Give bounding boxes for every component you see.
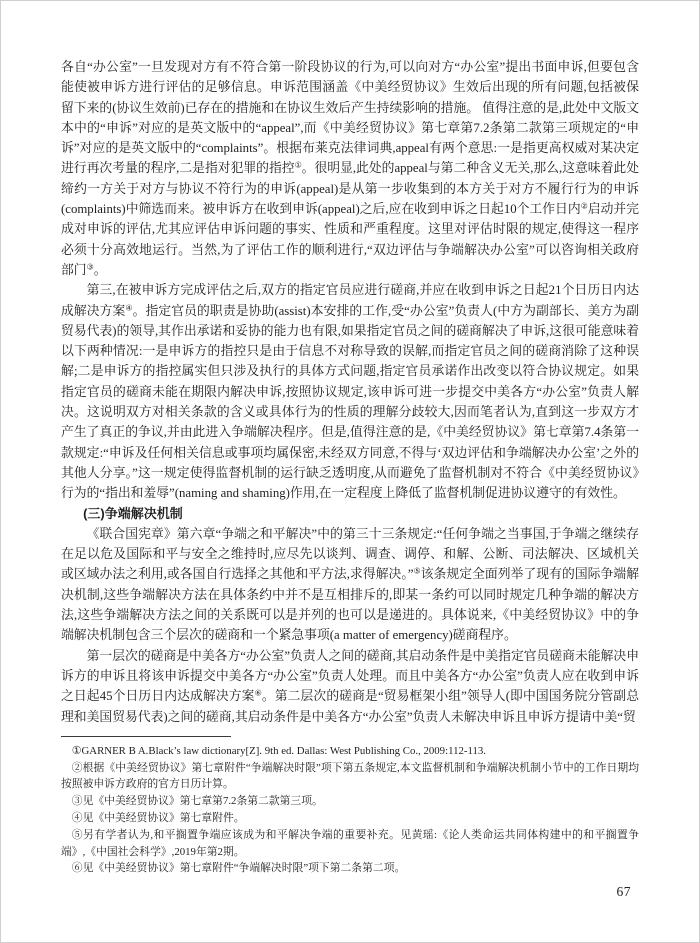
body-paragraph-1: 各自“办公室”一旦发现对方有不符合第一阶段协议的行为,可以向对方“办公室”提出书… [61,57,639,280]
footnote-6: ⑥见《中美经贸协议》第七章附件“争端解决时限”项下第二条第二项。 [61,860,639,877]
footnote-4: ④见《中美经贸协议》第七章附件。 [61,810,639,827]
body-paragraph-4: 第一层次的磋商是中美各方“办公室”负责人之间的磋商,其启动条件是中美指定官员磋商… [61,646,639,727]
body-paragraph-3: 《联合国宪章》第六章“争端之和平解决”中的第三十三条规定:“任何争端之当事国,于… [61,524,639,646]
footnote-2: ②根据《中美经贸协议》第七章附件“争端解决时限”项下第五条规定,本文监督机制和争… [61,760,639,794]
page-number: 67 [617,884,632,900]
article-body: 各自“办公室”一旦发现对方有不符合第一阶段协议的行为,可以向对方“办公室”提出书… [61,57,639,727]
section-heading: (三)争端解决机制 [61,504,639,524]
body-paragraph-2: 第三,在被申诉方完成评估之后,双方的指定官员应进行磋商,并应在收到申诉之日起21… [61,280,639,503]
footnote-5: ⑤另有学者认为,和平搁置争端应该成为和平解决争端的重要补充。见黄瑶:《论人类命运… [61,827,639,861]
footnote-3: ③见《中美经贸协议》第七章第7.2条第二款第三项。 [61,793,639,810]
footnote-separator [61,736,231,737]
footnote-1: ①GARNER B A.Black’s law dictionary[Z]. 9… [61,743,639,760]
footnotes-section: ①GARNER B A.Black’s law dictionary[Z]. 9… [61,736,639,877]
document-page: 各自“办公室”一旦发现对方有不符合第一阶段协议的行为,可以向对方“办公室”提出书… [1,1,699,942]
